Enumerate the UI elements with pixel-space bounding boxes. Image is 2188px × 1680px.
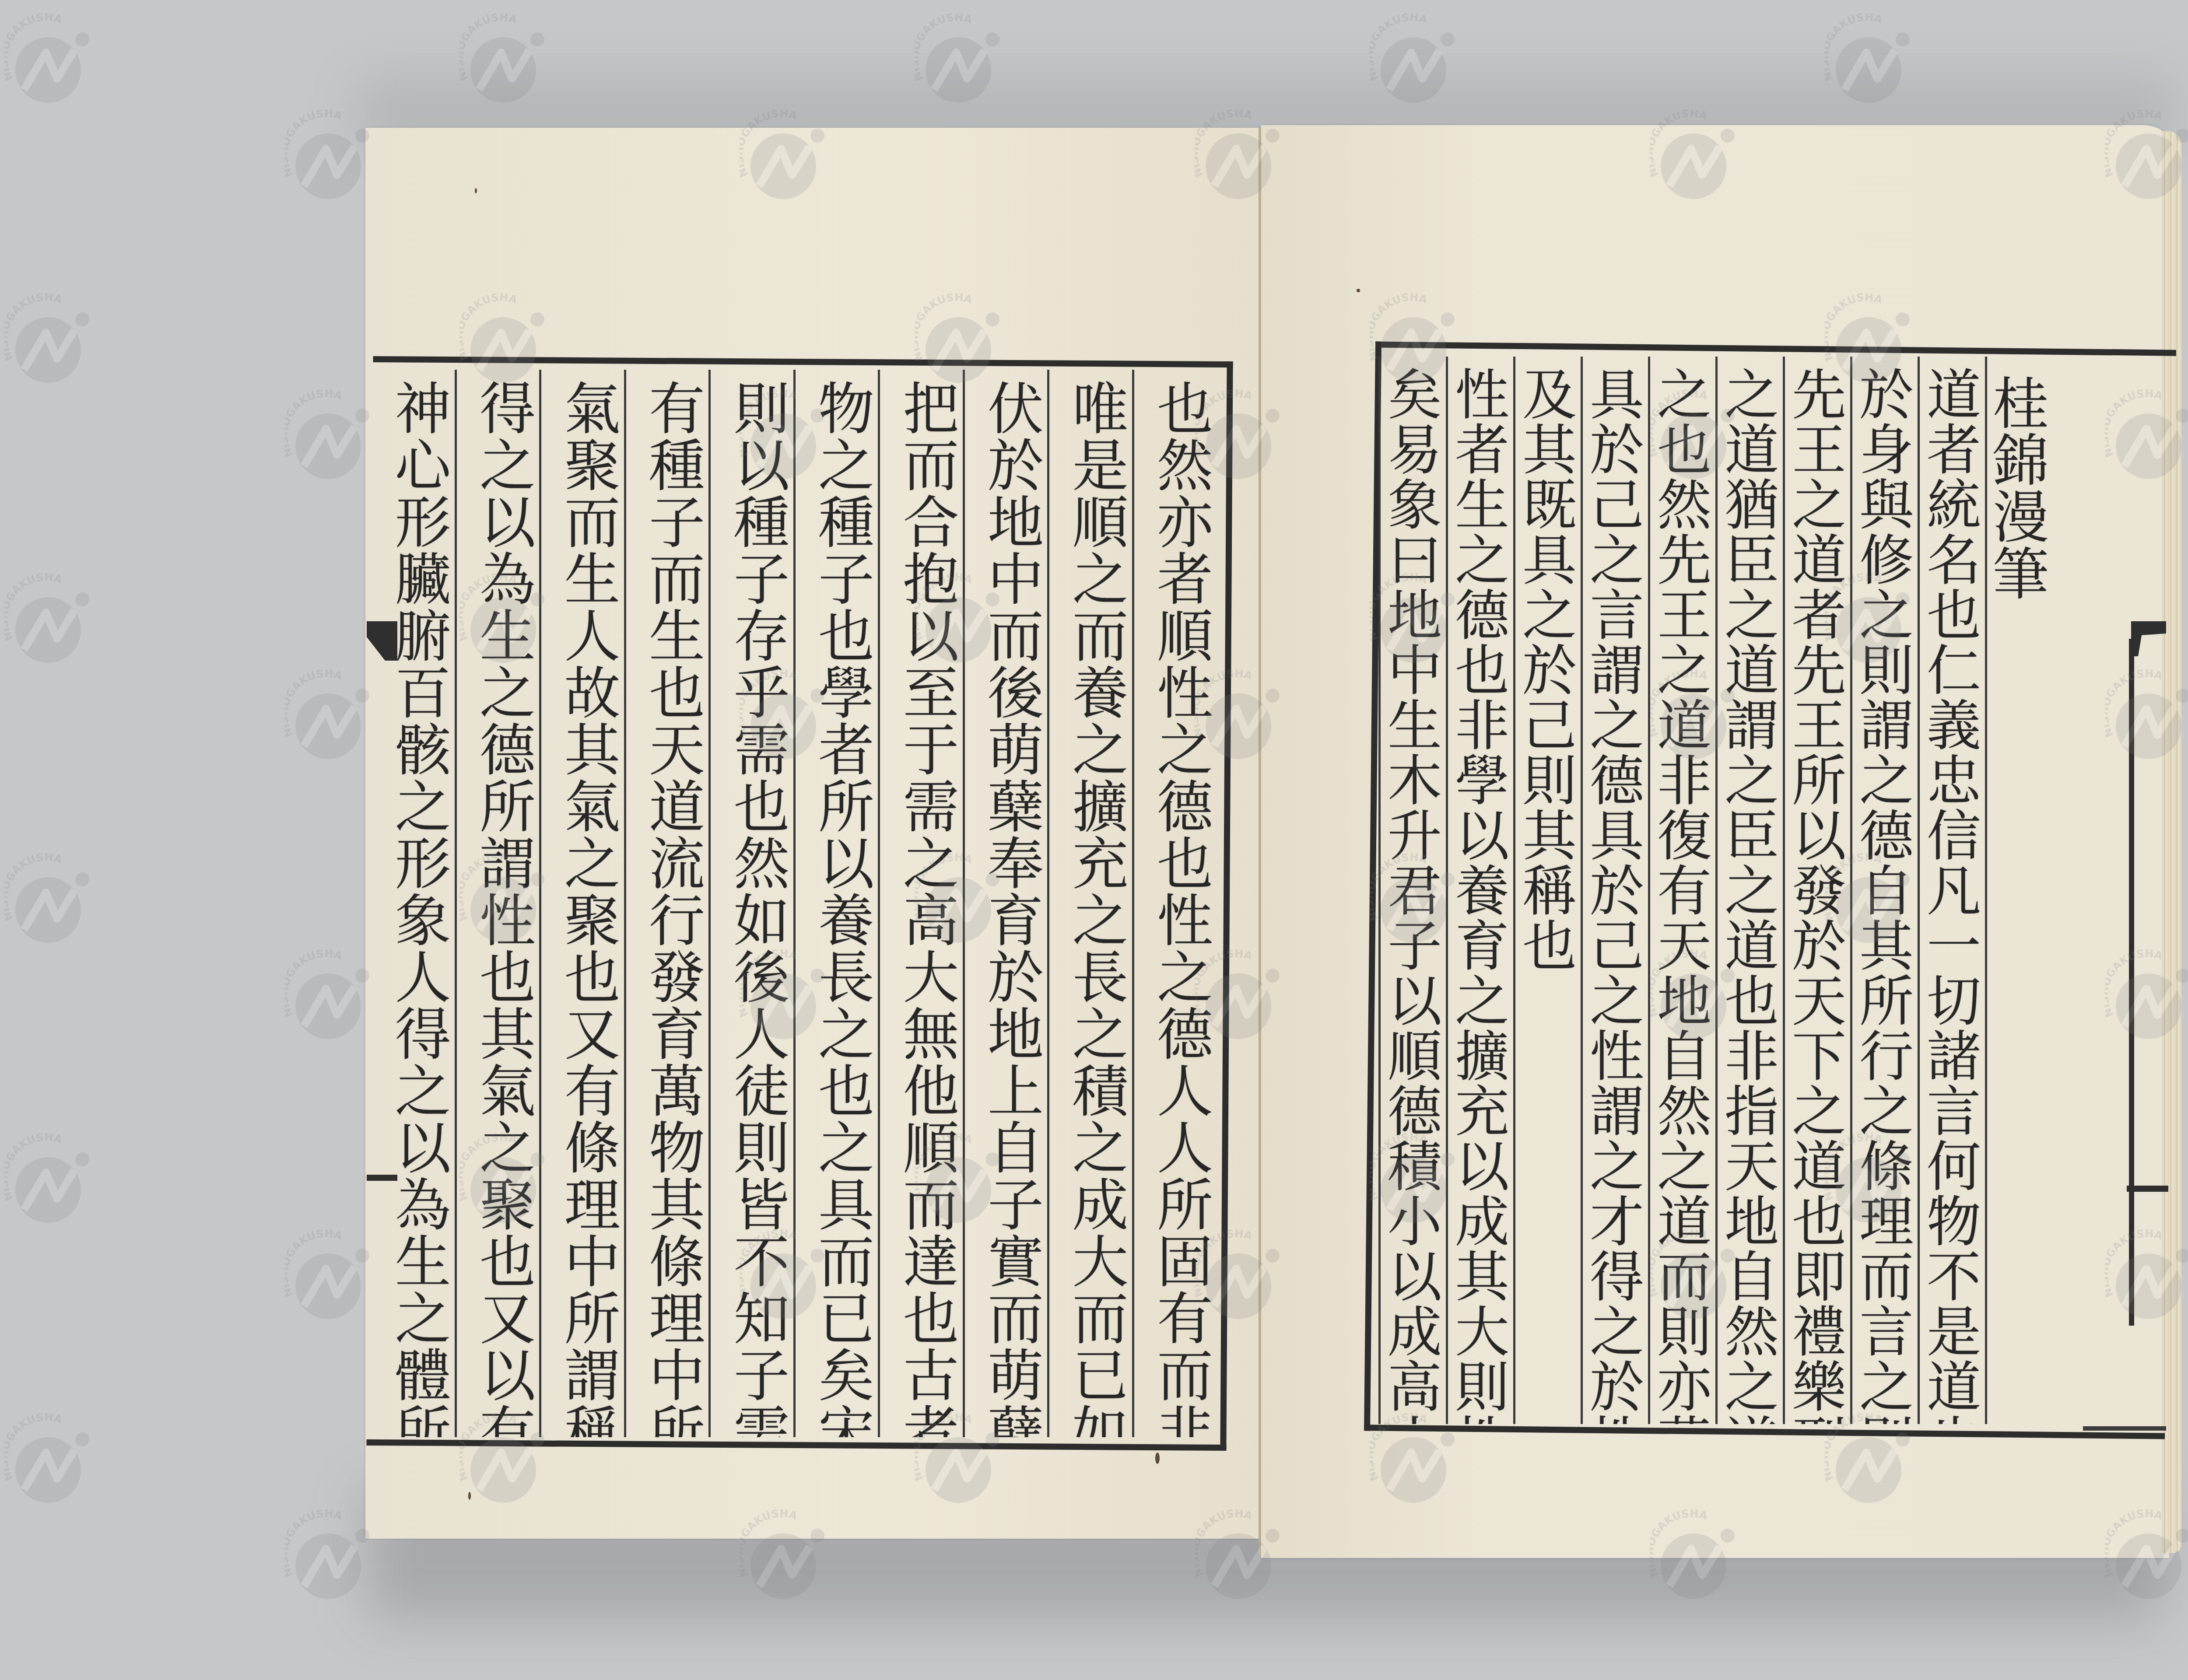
right-column-4: 之道猶臣之道謂之臣之道也非指天地自然之道而言 <box>1715 357 1783 1424</box>
left-margin-line-mark <box>367 1175 397 1181</box>
right-column-7: 及其既具之於己則其稱也 <box>1513 357 1581 1424</box>
left-column-8: 氣聚而生人故其氣之聚也又有條理中所謂稱之德人 <box>539 370 624 1437</box>
right-column-3: 先王之道者先王所以發於天下之道也即禮樂刑政之表也故謂 <box>1783 357 1850 1424</box>
nishogakusha-watermark-icon <box>4 573 96 674</box>
left-column-3: 伏於地中而後萌蘖奉育於地上自子實而萌蘖而拱 <box>963 370 1048 1437</box>
nishogakusha-watermark-icon <box>4 853 96 954</box>
left-column-10: 神心形臟腑百骸之形象人得之以為生之體所謂身也 <box>372 370 455 1437</box>
nishogakusha-watermark-icon <box>284 1509 376 1610</box>
right-column-1: 道者統名也仁義忠信凡一切諸言何物不是道也而自其所得 <box>1918 357 1985 1424</box>
nishogakusha-watermark-icon <box>4 13 96 114</box>
right-page-columns: 桂錦漫筆 道者統名也仁義忠信凡一切諸言何物不是道也而自其所得 於身與修之則謂之德… <box>1378 357 2052 1424</box>
nishogakusha-watermark-icon <box>284 1229 376 1330</box>
nishogakusha-watermark-icon <box>284 669 376 770</box>
right-page-title: 桂錦漫筆 <box>1985 357 2052 1424</box>
right-column-6: 具於己之言謂之德具於己之性謂之才得之於性得之於天 <box>1581 357 1648 1424</box>
left-column-1: 也然亦者順性之德也性之德人人所固有而非他求外借之物 <box>1132 370 1217 1437</box>
nishogakusha-watermark-icon <box>284 389 376 490</box>
nishogakusha-watermark-icon <box>284 949 376 1050</box>
left-column-2: 唯是順之而養之擴充之長之積之成大而已如木之子實 <box>1047 370 1132 1437</box>
right-column-9: 矣易象曰地中生木升君子以順德積小以成高大此謂擴充 <box>1378 357 1446 1424</box>
paper-speck <box>1357 289 1360 292</box>
left-column-7: 有種子而生也天道流行發育萬物其條理中所謂稱之 <box>624 370 709 1437</box>
left-page-columns: 也然亦者順性之德也性之德人人所固有而非他求外借之物 唯是順之而養之擴充之長之積之… <box>372 370 1217 1437</box>
paper-speck <box>475 188 477 193</box>
paper-speck <box>1155 1452 1160 1464</box>
left-column-6: 則以種子存乎需也然如後人徒則皆不知子需之材材皆 <box>708 370 793 1437</box>
right-margin-vertical-rule <box>2129 639 2134 1326</box>
paper-speck <box>468 1492 471 1500</box>
nishogakusha-watermark-icon <box>4 293 96 394</box>
nishogakusha-watermark-icon <box>4 1133 96 1234</box>
right-column-5: 之也然先王之道非復有天地自然之道而則亦莫立也 <box>1648 357 1715 1424</box>
nishogakusha-watermark-icon <box>4 1413 96 1514</box>
left-column-9: 得之以為生之德所謂性也其氣之聚也又以有氣血精 <box>455 370 540 1437</box>
left-column-4: 把而合抱以至于需之高大無他順而達也古者故曰性猶 <box>878 370 963 1437</box>
book-spine-gutter <box>1259 128 1261 1556</box>
right-column-2: 於身與修之則謂之德自其所行之條理而言之則謂之道 <box>1850 357 1918 1424</box>
right-column-8: 性者生之德也非學以養育之擴充以成其大則性之德猶在 <box>1446 357 1513 1424</box>
left-column-5: 物之種子也學者所以養長之也之具而已矣宋儒復性之說 <box>793 370 878 1437</box>
right-margin-line-mark <box>2127 1186 2168 1192</box>
right-margin-base-line <box>2083 1426 2166 1431</box>
